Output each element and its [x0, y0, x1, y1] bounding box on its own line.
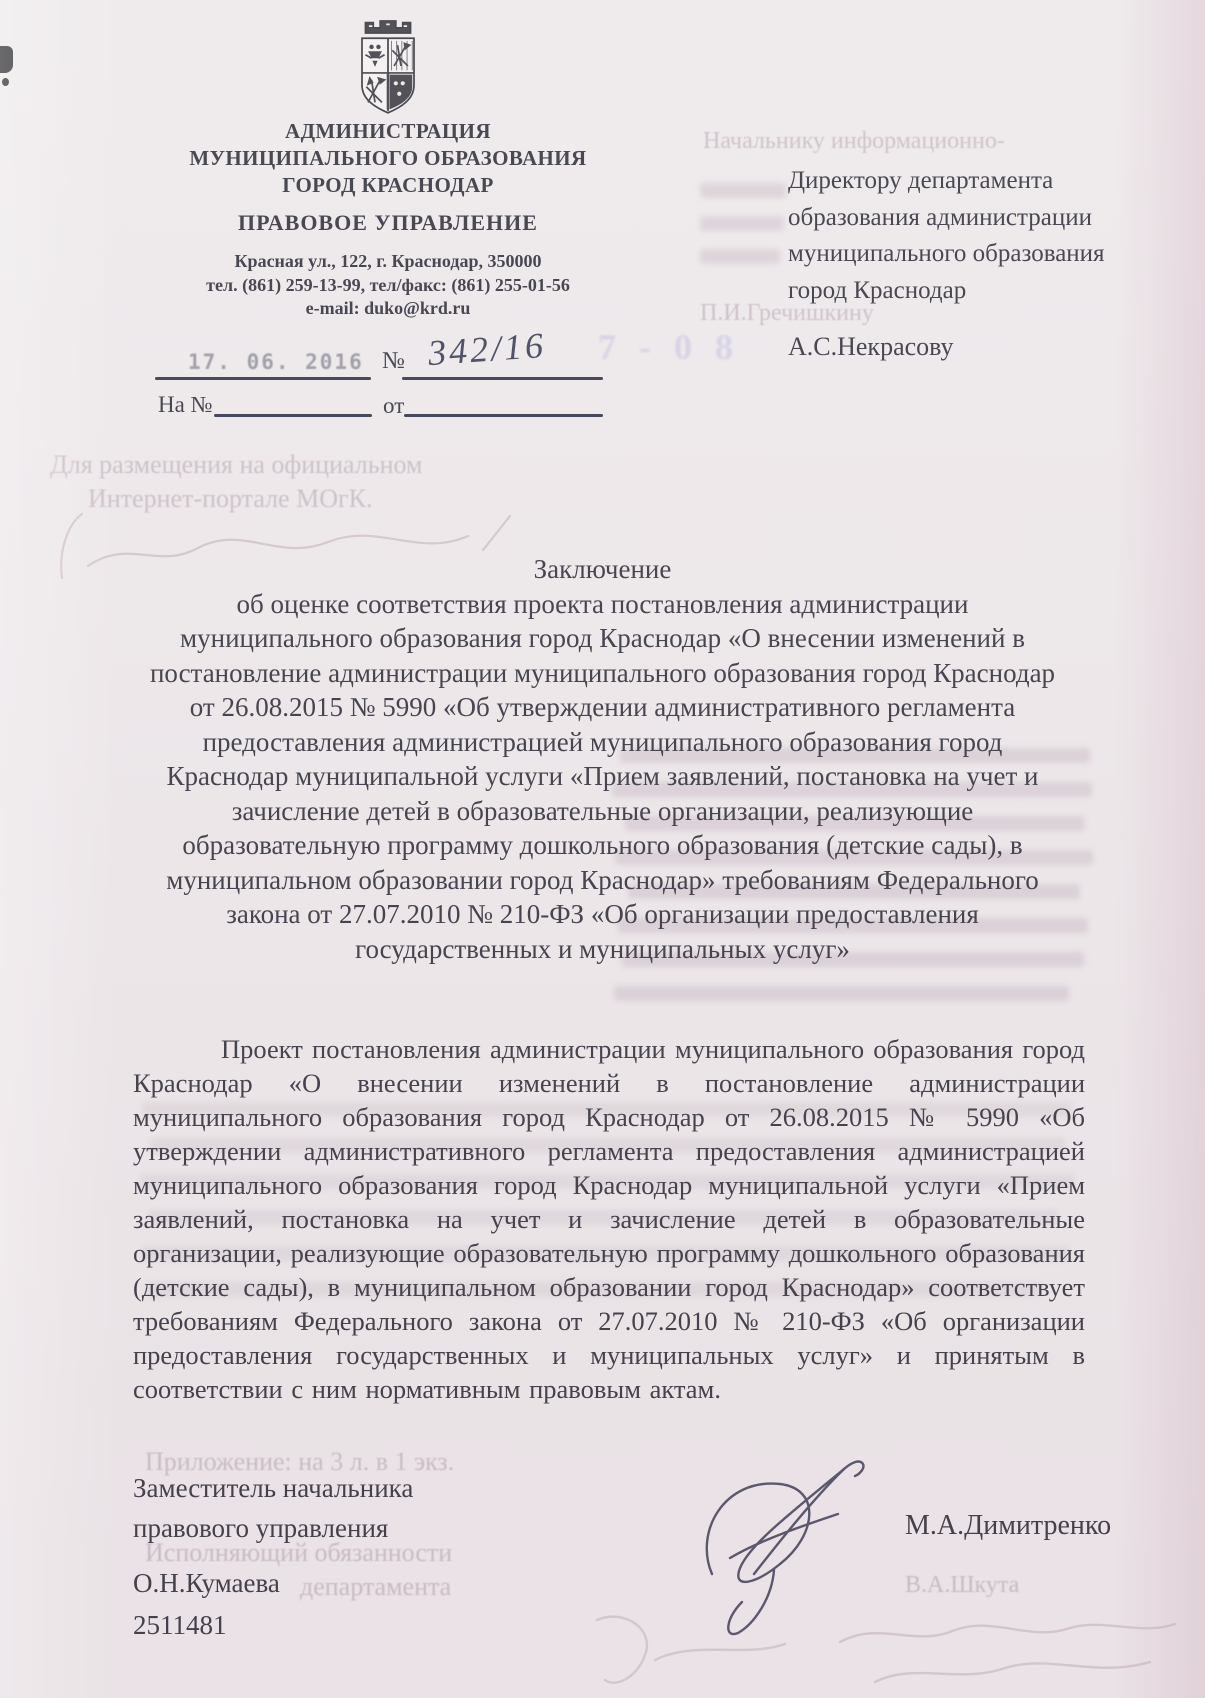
org-email: e-mail: duko@krd.ru — [58, 297, 718, 321]
org-name-line1: АДМИНИСТРАЦИЯ — [58, 118, 718, 145]
ghost-note-line: Для размещения на официальном — [50, 450, 422, 480]
executor-phone: 2511481 — [133, 1610, 227, 1641]
addressee-line: город Краснодар — [788, 273, 1118, 310]
addressee-block: Директору департамента образования админ… — [788, 163, 1118, 309]
signer-name: М.А.Димитренко — [905, 1510, 1111, 1542]
conclusion-title: Заключение об оценке соответствия проект… — [120, 552, 1085, 966]
outgoing-number-handwritten: 342/16 — [427, 324, 548, 374]
ghost-addressee-fragment: Начальнику информационно- — [703, 128, 1005, 155]
number-label: № — [382, 348, 405, 375]
ghost-acting-name: В.А.Шкута — [905, 1572, 1019, 1599]
signer-position: Заместитель начальника правового управле… — [133, 1468, 553, 1548]
ghost-acting-line: департамента — [300, 1572, 451, 1602]
ghost-stamp-fragment: 7 - 0 8 — [598, 326, 740, 368]
title-line: Краснодар муниципальной услуги «Прием за… — [120, 759, 1085, 794]
number-underline — [402, 377, 603, 380]
title-line: Заключение — [120, 552, 1085, 587]
reply-number-label: На № — [158, 392, 213, 418]
title-line: зачисление детей в образовательные орган… — [120, 794, 1085, 829]
date-stamp: 17. 06. 2016 — [188, 350, 364, 374]
executor-name: О.Н.Кумаева — [133, 1568, 280, 1599]
title-line: государственных и муниципальных услуг» — [120, 932, 1085, 967]
handwritten-signature — [692, 1452, 902, 1642]
signer-position-line: Заместитель начальника — [133, 1468, 553, 1508]
scanned-letter-page: Начальнику информационно- П.И.Гречишкину… — [0, 0, 1205, 1698]
department-name: ПРАВОВОЕ УПРАВЛЕНИЕ — [58, 210, 718, 236]
reply-date-underline — [404, 414, 603, 417]
org-name-line3: ГОРОД КРАСНОДАР — [58, 172, 718, 199]
title-line: муниципального образования город Краснод… — [120, 621, 1085, 656]
krasnodar-coat-of-arms-icon — [349, 14, 427, 118]
reply-number-underline — [214, 414, 372, 417]
title-line: образовательную программу дошкольного об… — [120, 828, 1085, 863]
addressee-line: муниципального образования — [788, 236, 1118, 273]
org-name-line2: МУНИЦИПАЛЬНОГО ОБРАЗОВАНИЯ — [58, 145, 718, 172]
signer-position-line: правового управления — [133, 1508, 553, 1548]
title-line: постановление администрации муниципально… — [120, 656, 1085, 691]
addressee-line: образования администрации — [788, 200, 1118, 237]
title-line: предоставления администрацией муниципаль… — [120, 725, 1085, 760]
title-line: закона от 27.07.2010 № 210-ФЗ «Об органи… — [120, 897, 1085, 932]
title-line: муниципальном образовании город Краснода… — [120, 863, 1085, 898]
title-line: от 26.08.2015 № 5990 «Об утверждении адм… — [120, 690, 1085, 725]
org-address: Красная ул., 122, г. Краснодар, 350000 — [58, 250, 718, 274]
letterhead: АДМИНИСТРАЦИЯ МУНИЦИПАЛЬНОГО ОБРАЗОВАНИЯ… — [58, 14, 718, 321]
org-phone: тел. (861) 259-13-99, тел/факс: (861) 25… — [58, 274, 718, 298]
date-underline — [155, 377, 371, 380]
addressee-line: Директору департамента — [788, 163, 1118, 200]
addressee-name: А.С.Некрасову — [788, 332, 954, 362]
body-paragraph: Проект постановления администрации муниц… — [133, 1032, 1085, 1406]
title-line: об оценке соответствия проекта постановл… — [120, 587, 1085, 622]
scan-artifact — [0, 46, 13, 73]
reply-date-label: от — [383, 393, 404, 419]
scan-artifact — [2, 78, 9, 86]
